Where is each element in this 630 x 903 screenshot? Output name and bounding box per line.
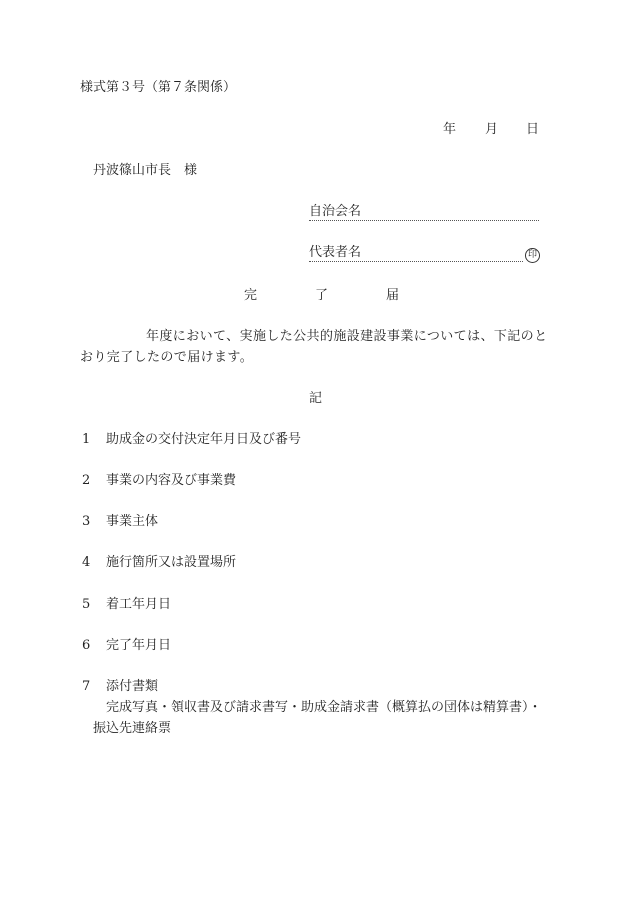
association-name-field: 自治会名 <box>309 204 539 221</box>
item-7-number: 7 <box>82 679 90 695</box>
title-char-1: 完 <box>244 288 257 304</box>
date-day: 日 <box>526 122 539 138</box>
item-1-label: 助成金の交付決定年月日及び番号 <box>106 432 301 448</box>
form-number: 様式第３号（第７条関係） <box>80 80 236 96</box>
date-year: 年 <box>443 122 456 138</box>
representative-name-label: 代表者名 <box>309 245 361 260</box>
seal-icon: 印 <box>525 246 540 263</box>
representative-name-field: 代表者名 <box>309 245 523 262</box>
body-line-1: 年度において、実施した公共的施設建設事業については、下記のと <box>146 329 547 345</box>
attachments-line-1: 完成写真・領収書及び請求書写・助成金請求書（概算払の団体は精算書）・ <box>106 700 542 716</box>
item-2-number: 2 <box>82 473 90 489</box>
item-3-number: 3 <box>82 514 90 530</box>
item-3-label: 事業主体 <box>106 514 158 530</box>
item-2-label: 事業の内容及び事業費 <box>106 473 236 489</box>
association-name-label: 自治会名 <box>309 204 361 219</box>
item-6-label: 完了年月日 <box>106 638 171 654</box>
item-6-number: 6 <box>82 638 90 654</box>
body-line-2: おり完了したので届けます。 <box>80 350 253 366</box>
item-4-label: 施行箇所又は設置場所 <box>106 555 236 571</box>
ki-heading: 記 <box>309 391 322 407</box>
item-7-label: 添付書類 <box>106 679 158 695</box>
addressee: 丹波篠山市長 様 <box>93 163 197 179</box>
item-5-number: 5 <box>82 597 90 613</box>
attachments-line-2: 振込先連絡票 <box>93 721 171 737</box>
item-1-number: 1 <box>82 432 90 448</box>
title-char-3: 届 <box>386 288 399 304</box>
title-char-2: 了 <box>315 288 328 304</box>
date-month: 月 <box>485 122 498 138</box>
item-4-number: 4 <box>82 555 90 571</box>
item-5-label: 着工年月日 <box>106 597 171 613</box>
